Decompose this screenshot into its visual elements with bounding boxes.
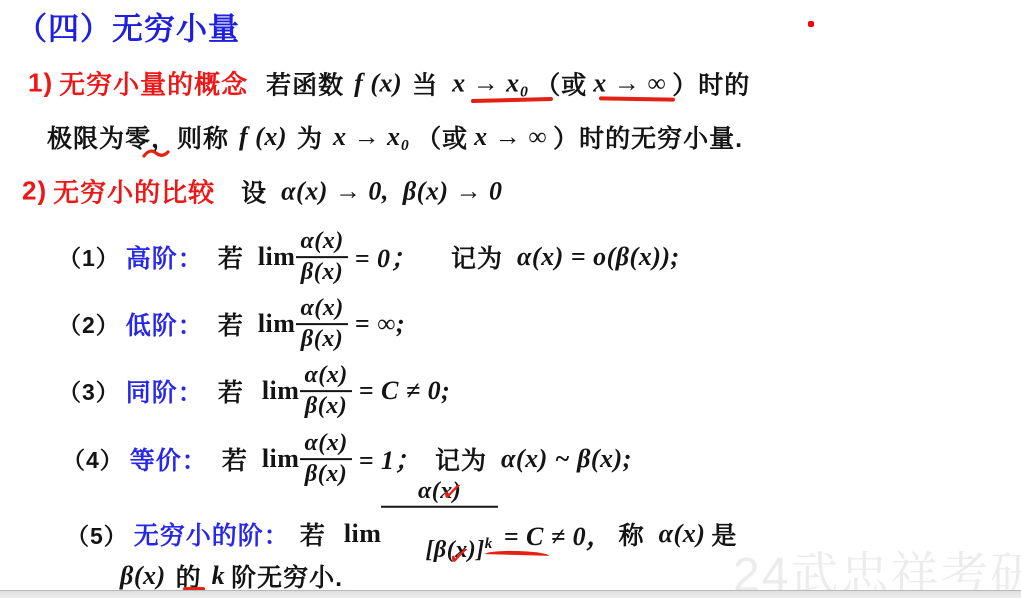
math-x-to-inf: x → ∞	[593, 68, 666, 98]
tilde-mark-under-zero	[142, 147, 170, 160]
item-label: 等价：	[130, 441, 208, 477]
math-lim: lim	[258, 309, 296, 339]
fraction: α(x) β(x)	[295, 295, 348, 353]
item-3: （3） 同阶： 若 lim α(x) β(x) = C ≠ 0;	[58, 362, 450, 420]
math-alpha-beta-to-0: α(x) → 0, β(x) → 0	[281, 176, 502, 206]
math-x-to-x0: x → x₀	[333, 122, 410, 152]
denominator-exponent: k	[485, 536, 493, 552]
text: 极限为零，则称	[47, 119, 229, 155]
text: 记为	[435, 441, 487, 477]
progress-bar[interactable]	[0, 590, 1021, 598]
underline-x-to-x0	[471, 97, 553, 103]
text: 若	[218, 306, 244, 342]
text: （或	[535, 65, 587, 101]
section2-heading-line: 2) 无穷小的比较 设 α(x) → 0, β(x) → 0	[22, 173, 503, 210]
fraction: α(x) β(x)	[299, 362, 352, 420]
item-number: （5）	[66, 518, 128, 551]
math-note: α(x) ~ β(x);	[501, 444, 632, 474]
item-label: 无穷小的阶：	[134, 516, 290, 552]
math-beta-x: β(x)	[120, 561, 166, 591]
fraction-denominator: [β(x)]k	[381, 506, 497, 591]
text: 阶无穷小.	[231, 558, 343, 594]
text: （或	[416, 119, 468, 155]
text: ）时的	[672, 65, 750, 101]
item-5-line2: β(x) 的 k 阶无穷小.	[120, 558, 343, 594]
section1-marker: 1)	[28, 68, 53, 99]
fraction: α(x) β(x)	[295, 228, 348, 286]
math-rhs: = C ≠ 0;	[359, 376, 451, 406]
fraction-numerator: α(x)	[299, 362, 352, 390]
fraction-numerator: α(x)	[295, 295, 348, 323]
item-label: 同阶：	[126, 373, 204, 409]
item-number: （2）	[58, 308, 120, 341]
item-2: （2） 低阶： 若 lim α(x) β(x) = ∞;	[58, 295, 405, 353]
watermark: 24武忠祥考研	[733, 536, 1021, 598]
fraction-numerator: α(x)	[299, 430, 352, 458]
slide-title: （四）无穷小量	[16, 4, 240, 49]
math-rhs: = 1；	[359, 441, 421, 478]
text: 若	[300, 516, 326, 552]
math-lim: lim	[262, 376, 300, 406]
text: ）时的无穷小量.	[553, 119, 743, 155]
item-number: （4）	[62, 443, 124, 476]
text: 称	[619, 516, 645, 552]
checkmark-icon: ✓	[446, 540, 473, 574]
text: 记为	[451, 239, 503, 275]
section2-marker: 2)	[22, 176, 47, 207]
fraction-denominator: β(x)	[296, 256, 348, 286]
text: 当	[412, 65, 438, 101]
text: 若函数	[266, 65, 344, 101]
section1-line1: 1) 无穷小量的概念 若函数 f (x) 当 x → x₀ （或 x → ∞ ）…	[28, 65, 750, 102]
math-k: k	[212, 561, 226, 591]
math-note: α(x) = o(β(x));	[517, 242, 680, 272]
item-number: （3）	[58, 375, 120, 408]
item-number: （1）	[58, 241, 120, 274]
item-label: 低阶：	[126, 306, 204, 342]
math-fx: f (x)	[239, 122, 287, 152]
math-lim: lim	[344, 519, 382, 549]
math-lim: lim	[258, 242, 296, 272]
text: 设	[241, 173, 267, 209]
text: 若	[218, 373, 244, 409]
fraction-denominator: β(x)	[296, 323, 348, 353]
pointer-dot	[808, 21, 814, 27]
math-lim: lim	[262, 444, 300, 474]
section1-heading: 无穷小量的概念	[59, 65, 248, 102]
text: 若	[222, 441, 248, 477]
slide-title-text: （四）无穷小量	[16, 4, 240, 49]
fraction-numerator: α(x)	[295, 228, 348, 256]
text: 若	[218, 239, 244, 275]
math-x-to-inf: x → ∞	[474, 122, 547, 152]
fraction-denominator: β(x)	[300, 390, 352, 420]
item-1: （1） 高阶： 若 lim α(x) β(x) = 0； 记为 α(x) = o…	[58, 228, 680, 286]
checkmark-icon: ✓	[439, 476, 466, 510]
math-rhs: = ∞;	[355, 309, 406, 339]
math-alpha-x: α(x)	[659, 519, 706, 549]
math-fx: f (x)	[354, 68, 402, 98]
item-label: 高阶：	[126, 239, 204, 275]
math-rhs: = C ≠ 0，	[504, 516, 613, 553]
math-rhs: = 0；	[355, 239, 417, 276]
text: 为	[297, 119, 323, 155]
section2-heading: 无穷小的比较	[53, 173, 215, 210]
math-x-to-x0: x → x₀	[452, 68, 529, 98]
